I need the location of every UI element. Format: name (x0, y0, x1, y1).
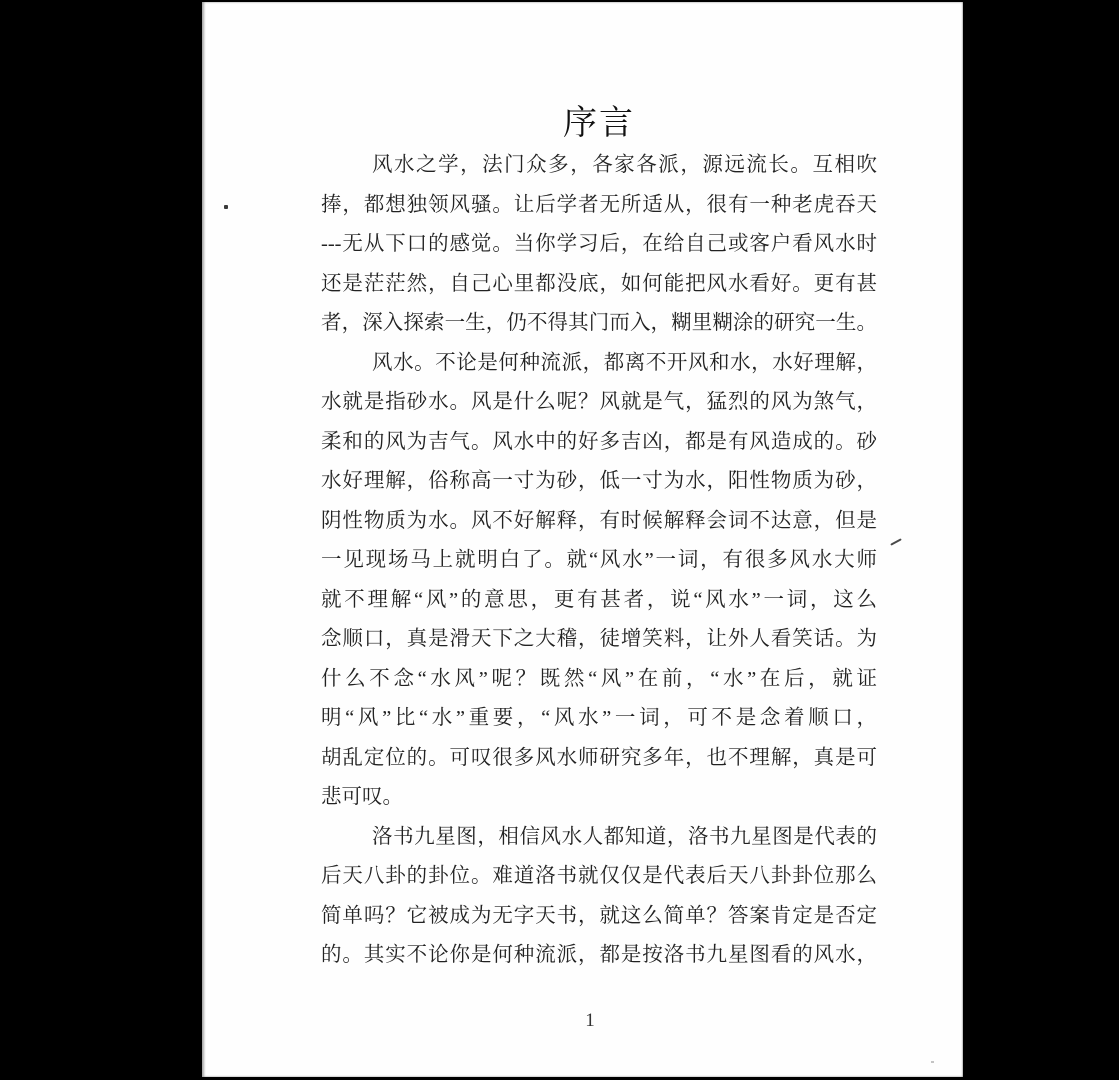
text-line: 者，深入探索一生，仍不得其门而入，糊里糊涂的研究一生。 (321, 304, 877, 344)
text-line: 风水之学，法门众多，各家各派，源远流长。互相吹 (321, 146, 877, 186)
text-line: 还是茫茫然，自己心里都没底，如何能把风水看好。更有甚 (321, 265, 877, 305)
text-line: ---无从下口的感觉。当你学习后，在给自己或客户看风水时 (321, 225, 877, 265)
text-line: 阴性物质为水。风不好解释，有时候解释会词不达意，但是 (321, 502, 877, 542)
text-line: 简单吗？它被成为无字天书，就这么简单？答案肯定是否定 (321, 897, 877, 937)
text-line: 水就是指砂水。风是什么呢？风就是气，猛烈的风为煞气， (321, 383, 877, 423)
paragraph-3: 洛书九星图，相信风水人都知道，洛书九星图是代表的后天八卦的卦位。难道洛书就仅仅是… (321, 818, 877, 976)
paragraph-1: 风水之学，法门众多，各家各派，源远流长。互相吹捧，都想独领风骚。让后学者无所适从… (321, 146, 877, 344)
text-line: 明“风”比“水”重要，“风水”一词，可不是念着顺口， (321, 699, 877, 739)
paragraph-2: 风水。不论是何种流派，都离不开风和水，水好理解，水就是指砂水。风是什么呢？风就是… (321, 344, 877, 818)
scan-speck (224, 205, 228, 209)
screenshot-stage: 序言 风水之学，法门众多，各家各派，源远流长。互相吹捧，都想独领风骚。让后学者无… (0, 0, 1119, 1080)
text-line: 胡乱定位的。可叹很多风水师研究多年，也不理解，真是可 (321, 739, 877, 779)
text-line: 风水。不论是何种流派，都离不开风和水，水好理解， (321, 344, 877, 384)
scan-speck (890, 538, 902, 545)
text-line: 什么不念“水风”呢？既然“风”在前，“水”在后，就证 (321, 660, 877, 700)
page-number: 1 (550, 1009, 630, 1033)
body-text: 风水之学，法门众多，各家各派，源远流长。互相吹捧，都想独领风骚。让后学者无所适从… (321, 146, 877, 976)
page-title: 序言 (321, 104, 877, 144)
text-line: 一见现场马上就明白了。就“风水”一词，有很多风水大师 (321, 541, 877, 581)
scan-speck (931, 1061, 934, 1063)
text-line: 悲可叹。 (321, 778, 877, 818)
text-line: 洛书九星图，相信风水人都知道，洛书九星图是代表的 (321, 818, 877, 858)
text-line: 后天八卦的卦位。难道洛书就仅仅是代表后天八卦卦位那么 (321, 857, 877, 897)
text-line: 念顺口，真是滑天下之大稽，徒增笑料，让外人看笑话。为 (321, 620, 877, 660)
text-line: 就不理解“风”的意思，更有甚者，说“风水”一词，这么 (321, 581, 877, 621)
scan-speck (564, 754, 566, 756)
text-line: 捧，都想独领风骚。让后学者无所适从，很有一种老虎吞天 (321, 186, 877, 226)
document-page: 序言 风水之学，法门众多，各家各派，源远流长。互相吹捧，都想独领风骚。让后学者无… (202, 2, 963, 1077)
text-line: 的。其实不论你是何种流派，都是按洛书九星图看的风水， (321, 936, 877, 976)
text-line: 柔和的风为吉气。风水中的好多吉凶，都是有风造成的。砂 (321, 423, 877, 463)
text-line: 水好理解，俗称高一寸为砂，低一寸为水，阳性物质为砂， (321, 462, 877, 502)
